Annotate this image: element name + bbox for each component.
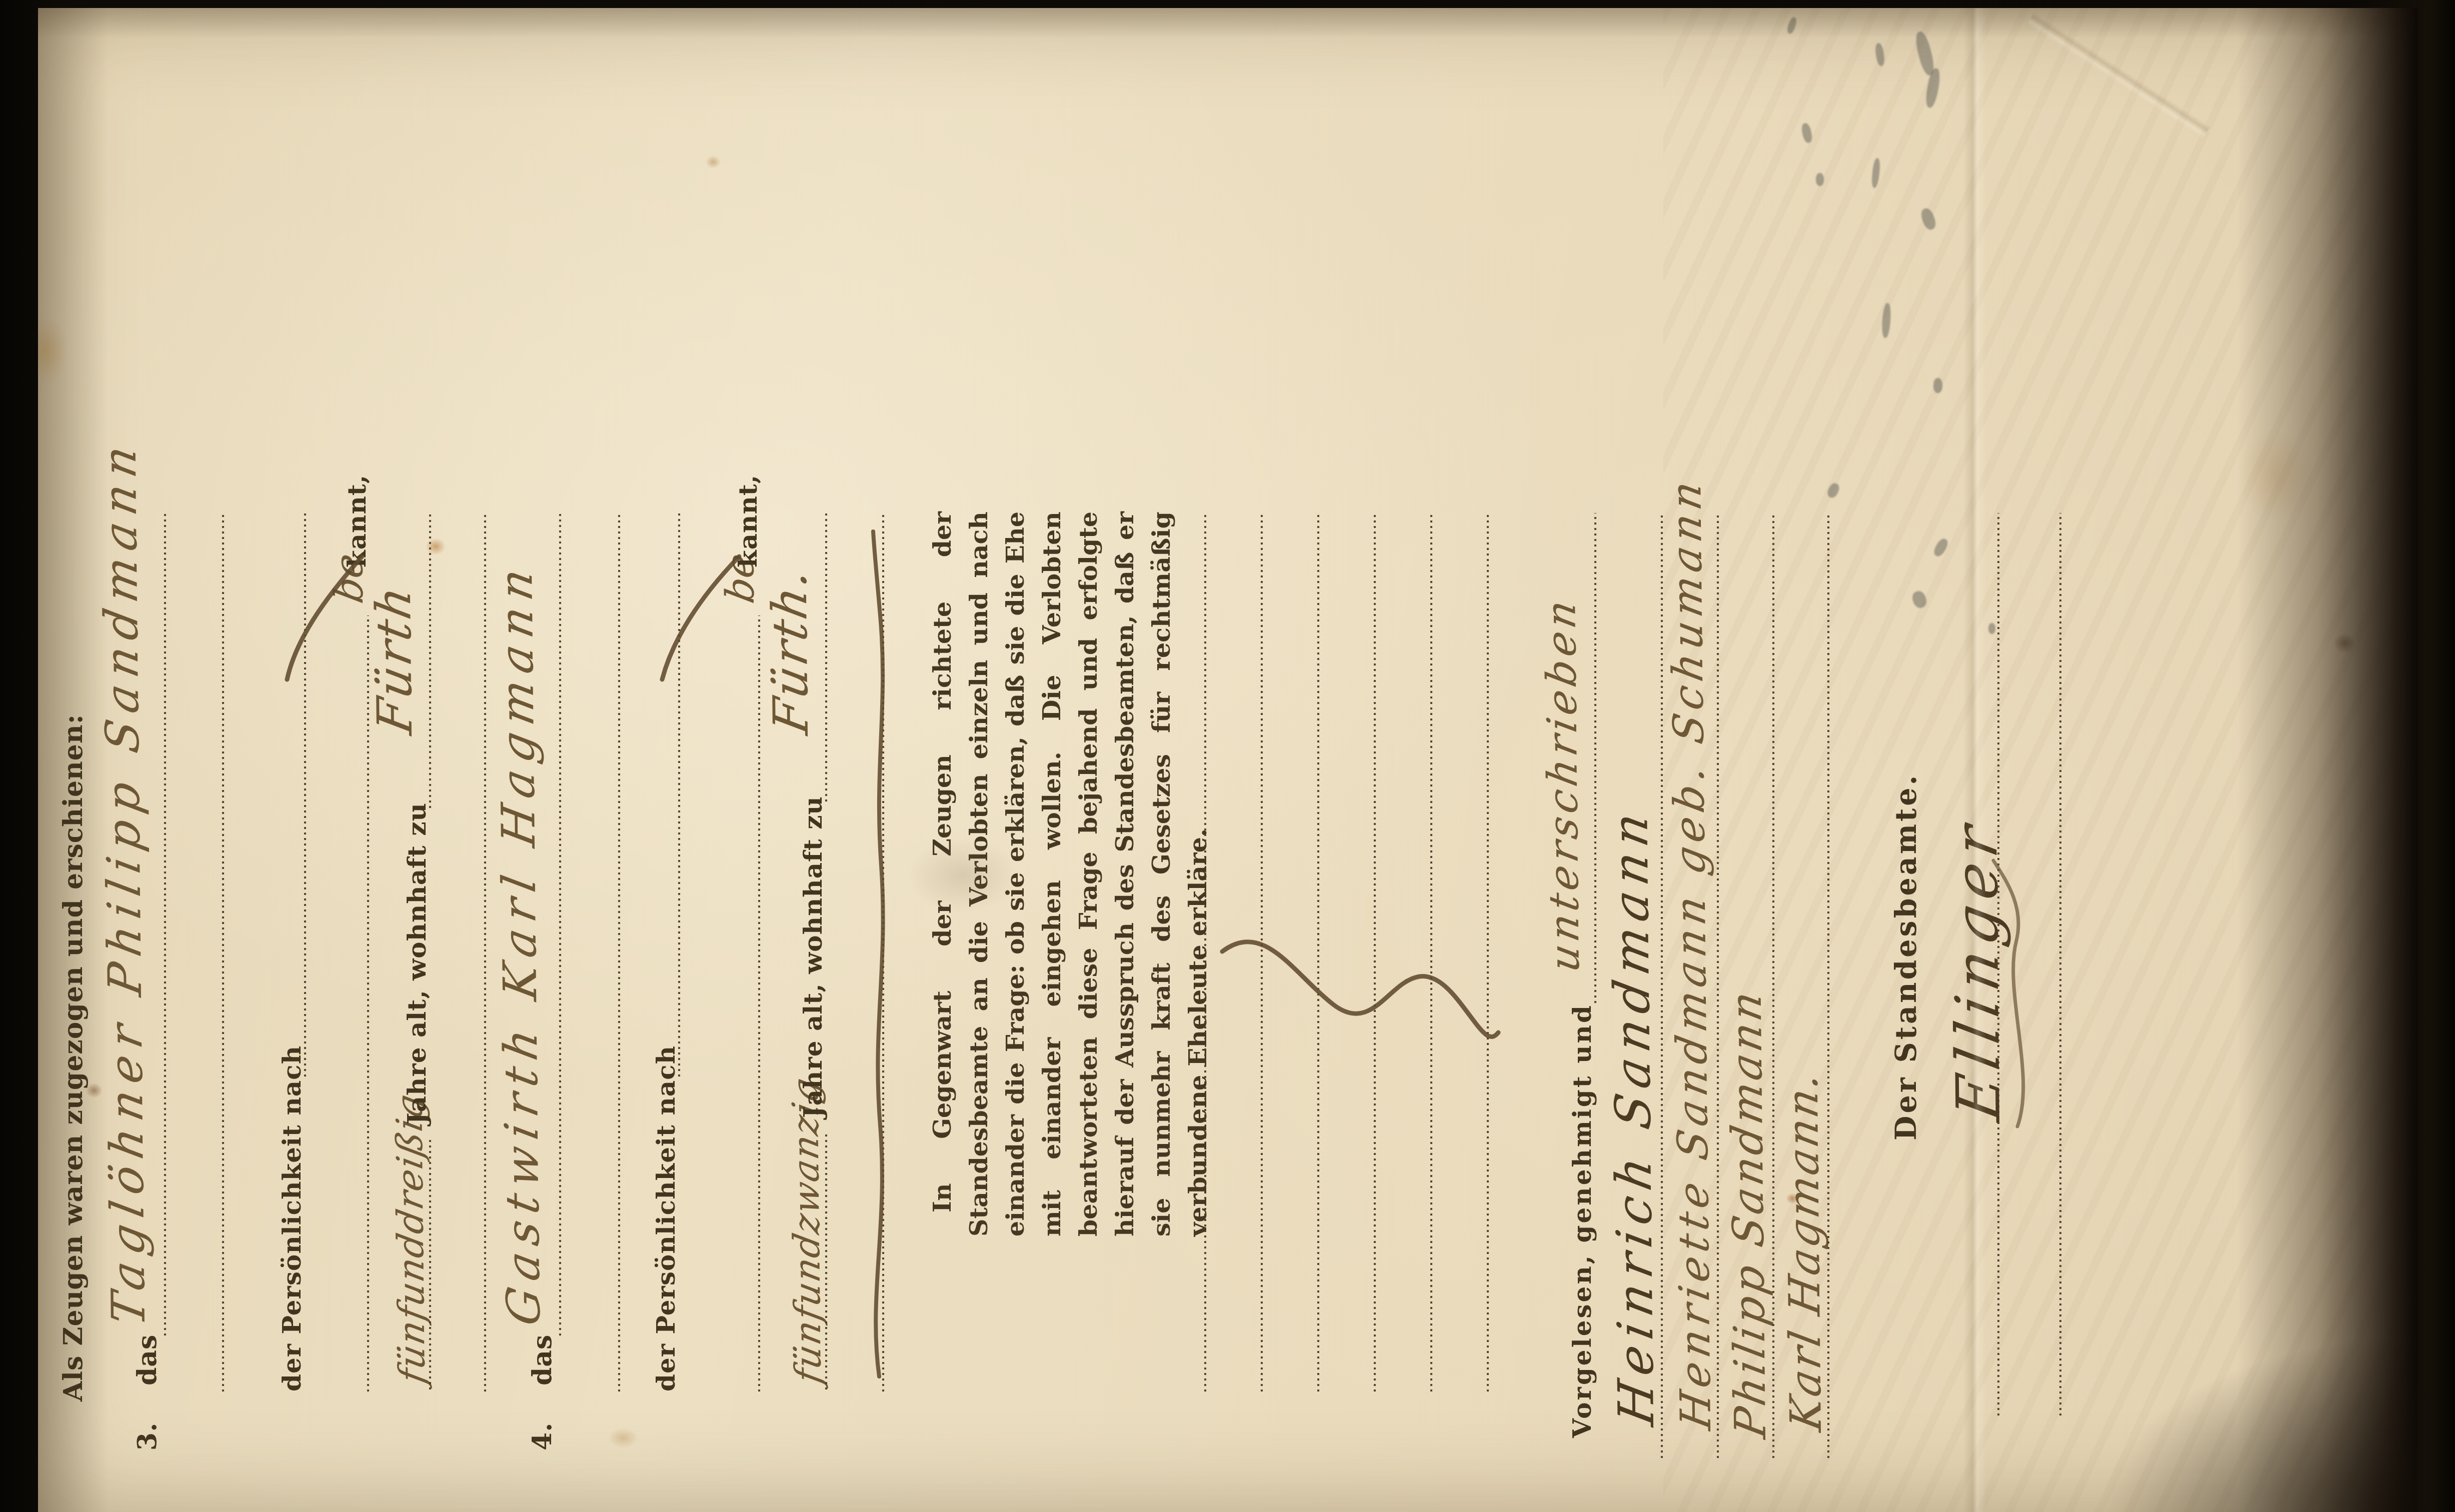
register-page: Als Zeugen waren zugezogen und erschiene… xyxy=(38,8,2417,1512)
stain xyxy=(426,538,446,555)
pencil-smudge xyxy=(1816,173,1824,186)
pencil-smudge xyxy=(1933,378,1942,393)
pencil-smudge xyxy=(1988,623,1995,634)
top-edge-shadow xyxy=(38,8,2417,38)
stain xyxy=(908,838,1018,913)
bottom-right-curl-shadow xyxy=(1967,1262,2417,1512)
photo-artifacts xyxy=(38,8,2417,1512)
stain xyxy=(1786,1193,1799,1204)
stain xyxy=(608,1428,638,1448)
left-edge-shadow xyxy=(38,8,108,1512)
photo-of-register-page: { "colors": { "backdrop": "#0a0806", "pa… xyxy=(0,0,2455,1512)
stain xyxy=(706,155,721,168)
